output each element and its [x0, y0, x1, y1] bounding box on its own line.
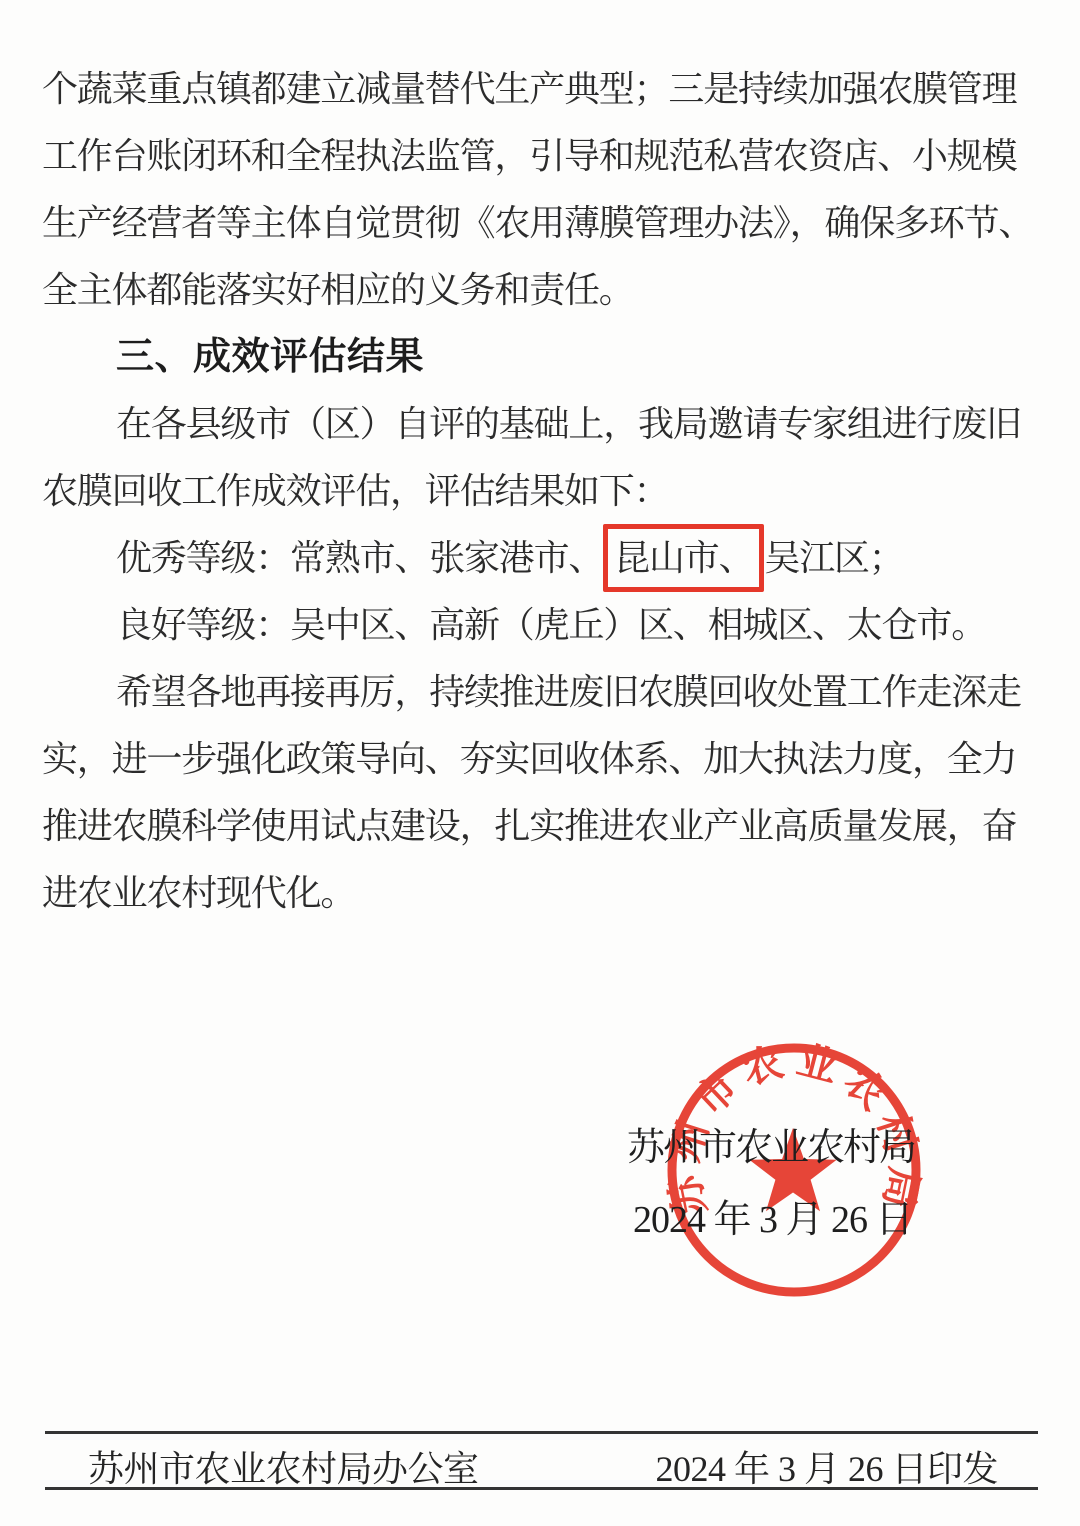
paragraph-line: 实，进一步强化政策导向、夯实回收体系、加大执法力度，全力: [42, 726, 1052, 793]
paragraph-line: 进农业农村现代化。: [42, 860, 1052, 927]
paragraph-line: 在各县级市（区）自评的基础上，我局邀请专家组进行废旧: [42, 391, 1052, 458]
signature-date: 2024 年 3 月 26 日: [633, 1188, 913, 1243]
section-heading: 三、成效评估结果: [42, 324, 1052, 391]
document-page: 个蔬菜重点镇都建立减量替代生产典型；三是持续加强农膜管理 工作台账闭环和全程执法…: [0, 0, 1080, 1526]
paragraph-line: 希望各地再接再厉，持续推进废旧农膜回收处置工作走深走: [42, 659, 1052, 726]
evaluation-good-line: 良好等级：吴中区、高新（虎丘）区、相城区、太仓市。: [42, 592, 1052, 659]
footer-bottom-rule: [45, 1487, 1038, 1490]
kunshan-highlight-box: 昆山市、: [603, 524, 764, 592]
excellent-prefix: 优秀等级：常熟市、张家港市、: [116, 538, 603, 578]
signature-agency: 苏州市农业农村局: [627, 1116, 915, 1171]
paragraph-line: 推进农膜科学使用试点建设，扎实推进农业产业高质量发展，奋: [42, 793, 1052, 860]
evaluation-excellent-line: 优秀等级：常熟市、张家港市、昆山市、吴江区；: [42, 525, 1052, 592]
paragraph-line: 工作台账闭环和全程执法监管，引导和规范私营农资店、小规模: [42, 123, 1052, 190]
footer-issuer: 苏州市农业农村局办公室: [88, 1441, 479, 1492]
footer-top-rule: [45, 1431, 1038, 1434]
footer-print-date: 2024 年 3 月 26 日印发: [655, 1441, 998, 1492]
excellent-suffix: 吴江区；: [764, 538, 903, 578]
paragraph-line: 农膜回收工作成效评估，评估结果如下：: [42, 458, 1052, 525]
document-body: 个蔬菜重点镇都建立减量替代生产典型；三是持续加强农膜管理 工作台账闭环和全程执法…: [42, 56, 1052, 927]
paragraph-line: 生产经营者等主体自觉贯彻《农用薄膜管理办法》，确保多环节、: [42, 190, 1052, 257]
paragraph-line: 全主体都能落实好相应的义务和责任。: [42, 257, 1052, 324]
paragraph-line: 个蔬菜重点镇都建立减量替代生产典型；三是持续加强农膜管理: [42, 56, 1052, 123]
kunshan-text: 昆山市、: [614, 538, 753, 578]
